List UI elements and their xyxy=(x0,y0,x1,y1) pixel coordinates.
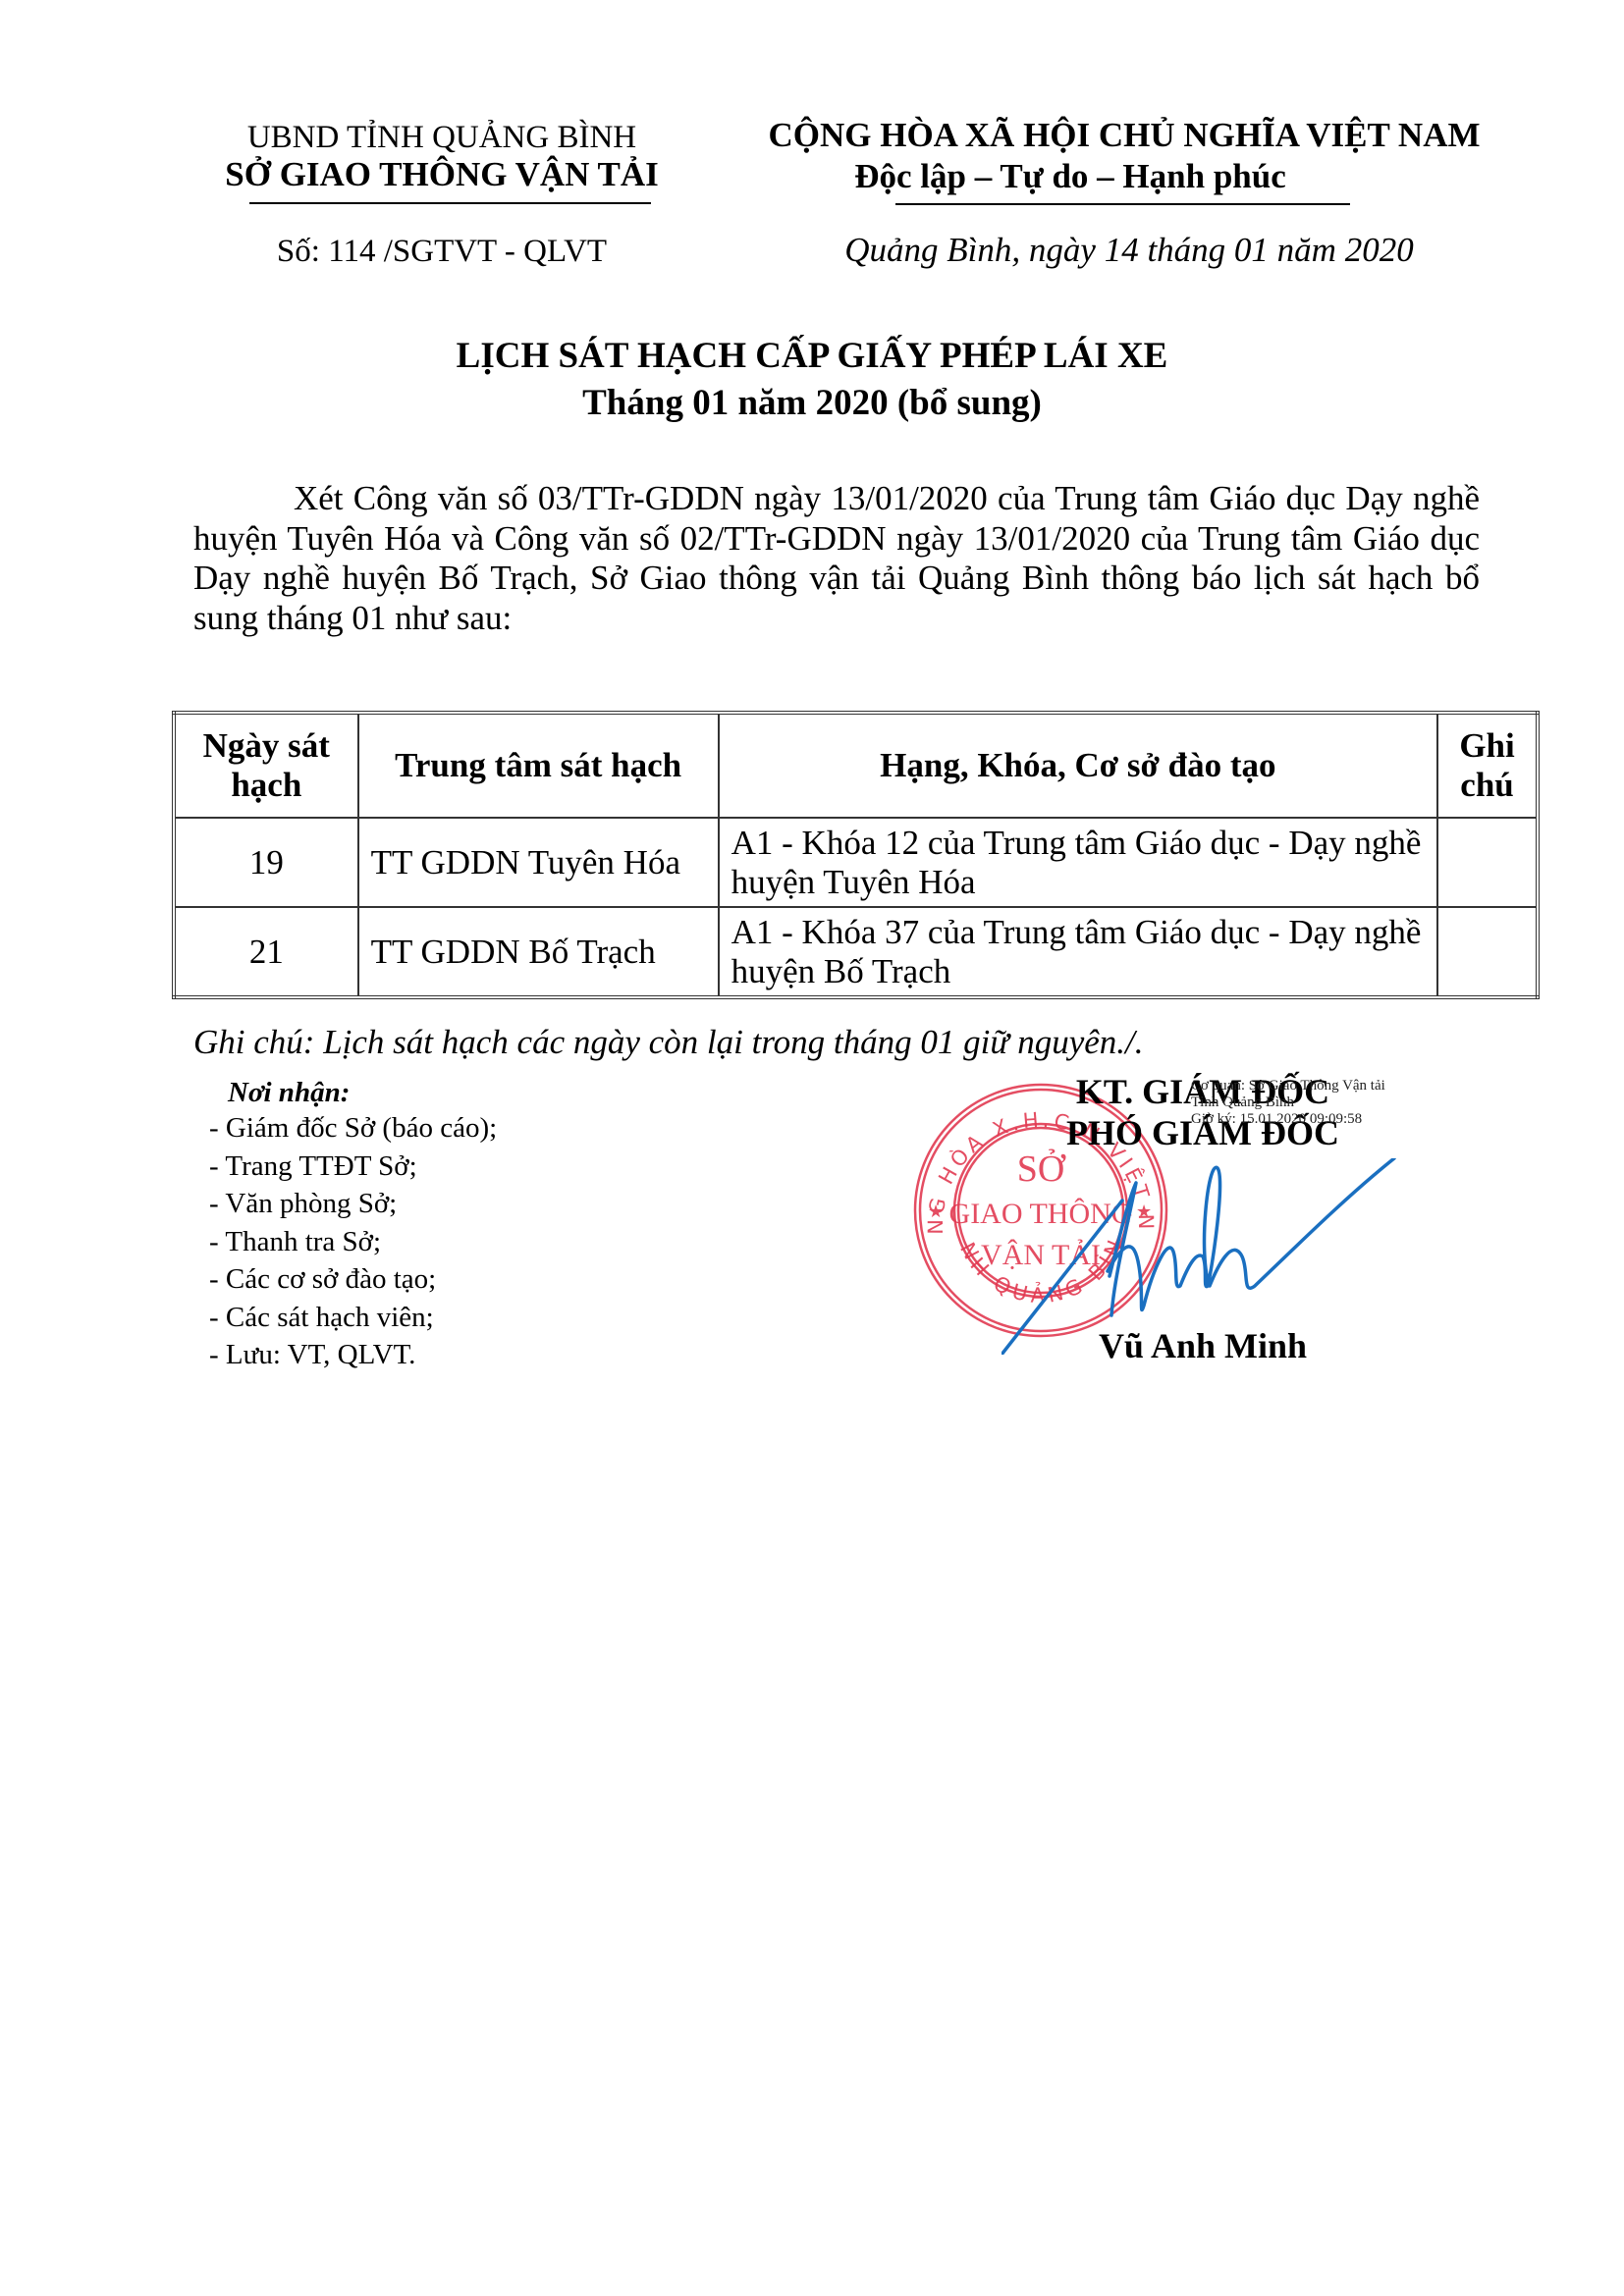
recipient-item: - Trang TTĐT Sở; xyxy=(209,1148,497,1186)
cell-exam-center: TT GDDN Tuyên Hóa xyxy=(358,818,719,907)
header-class-course: Hạng, Khóa, Cơ sở đào tạo xyxy=(719,713,1437,818)
intro-paragraph: Xét Công văn số 03/TTr-GDDN ngày 13/01/2… xyxy=(193,479,1480,638)
footnote: Ghi chú: Lịch sát hạch các ngày còn lại … xyxy=(193,1023,1144,1062)
recipients-title: Nơi nhận: xyxy=(228,1077,350,1109)
recipient-item: - Các sát hạch viên; xyxy=(209,1299,497,1337)
signer-name: Vũ Anh Minh xyxy=(992,1325,1414,1366)
cell-note xyxy=(1437,818,1538,907)
document-number: Số: 114 /SGTVT - QLVT xyxy=(187,232,697,271)
issuing-authority: UBND TỈNH QUẢNG BÌNH xyxy=(187,118,697,157)
cell-exam-day: 19 xyxy=(174,818,358,907)
national-motto: Độc lập – Tự do – Hạnh phúc xyxy=(746,157,1394,196)
recipient-item: - Thanh tra Sở; xyxy=(209,1223,497,1261)
recipient-item: - Văn phòng Sở; xyxy=(209,1185,497,1223)
motto-underline xyxy=(895,203,1350,205)
cell-exam-day: 21 xyxy=(174,907,358,997)
document-title: LỊCH SÁT HẠCH CẤP GIẤY PHÉP LÁI XE xyxy=(0,334,1624,378)
intro-text: Xét Công văn số 03/TTr-GDDN ngày 13/01/2… xyxy=(193,479,1480,638)
document-subtitle: Tháng 01 năm 2020 (bổ sung) xyxy=(0,381,1624,425)
recipient-item: - Giám đốc Sở (báo cáo); xyxy=(209,1109,497,1148)
cell-class-course: A1 - Khóa 12 của Trung tâm Giáo dục - Dạ… xyxy=(719,818,1437,907)
digital-sign-province: Tỉnh Quảng Bình xyxy=(1191,1095,1385,1111)
table-row: 21 TT GDDN Bố Trạch A1 - Khóa 37 của Tru… xyxy=(174,907,1538,997)
department-name: SỞ GIAO THÔNG VẬN TẢI xyxy=(187,155,697,194)
digital-sign-time: Giờ ký: 15.01.2020 09:09:58 xyxy=(1191,1111,1385,1128)
table-row: 19 TT GDDN Tuyên Hóa A1 - Khóa 12 của Tr… xyxy=(174,818,1538,907)
recipient-item: - Lưu: VT, QLVT. xyxy=(209,1336,497,1374)
digital-signature-info: Cơ quan: Sở Giao Thông Vận tải Tỉnh Quản… xyxy=(1191,1078,1385,1128)
header-exam-center: Trung tâm sát hạch xyxy=(358,713,719,818)
exam-schedule-table: Ngày sát hạch Trung tâm sát hạch Hạng, K… xyxy=(172,711,1540,999)
cell-class-course: A1 - Khóa 37 của Trung tâm Giáo dục - Dạ… xyxy=(719,907,1437,997)
place-date: Quảng Bình, ngày 14 tháng 01 năm 2020 xyxy=(746,231,1512,270)
digital-sign-agency: Cơ quan: Sở Giao Thông Vận tải xyxy=(1191,1078,1385,1095)
nation-title: CỘNG HÒA XÃ HỘI CHỦ NGHĨA VIỆT NAM xyxy=(722,116,1527,155)
table-header-row: Ngày sát hạch Trung tâm sát hạch Hạng, K… xyxy=(174,713,1538,818)
header-exam-day: Ngày sát hạch xyxy=(174,713,358,818)
cell-exam-center: TT GDDN Bố Trạch xyxy=(358,907,719,997)
cell-note xyxy=(1437,907,1538,997)
svg-text:★: ★ xyxy=(928,1201,944,1222)
recipient-item: - Các cơ sở đào tạo; xyxy=(209,1260,497,1299)
department-underline xyxy=(249,202,651,204)
header-note: Ghi chú xyxy=(1437,713,1538,818)
recipients-list: - Giám đốc Sở (báo cáo); - Trang TTĐT Sở… xyxy=(209,1109,497,1374)
